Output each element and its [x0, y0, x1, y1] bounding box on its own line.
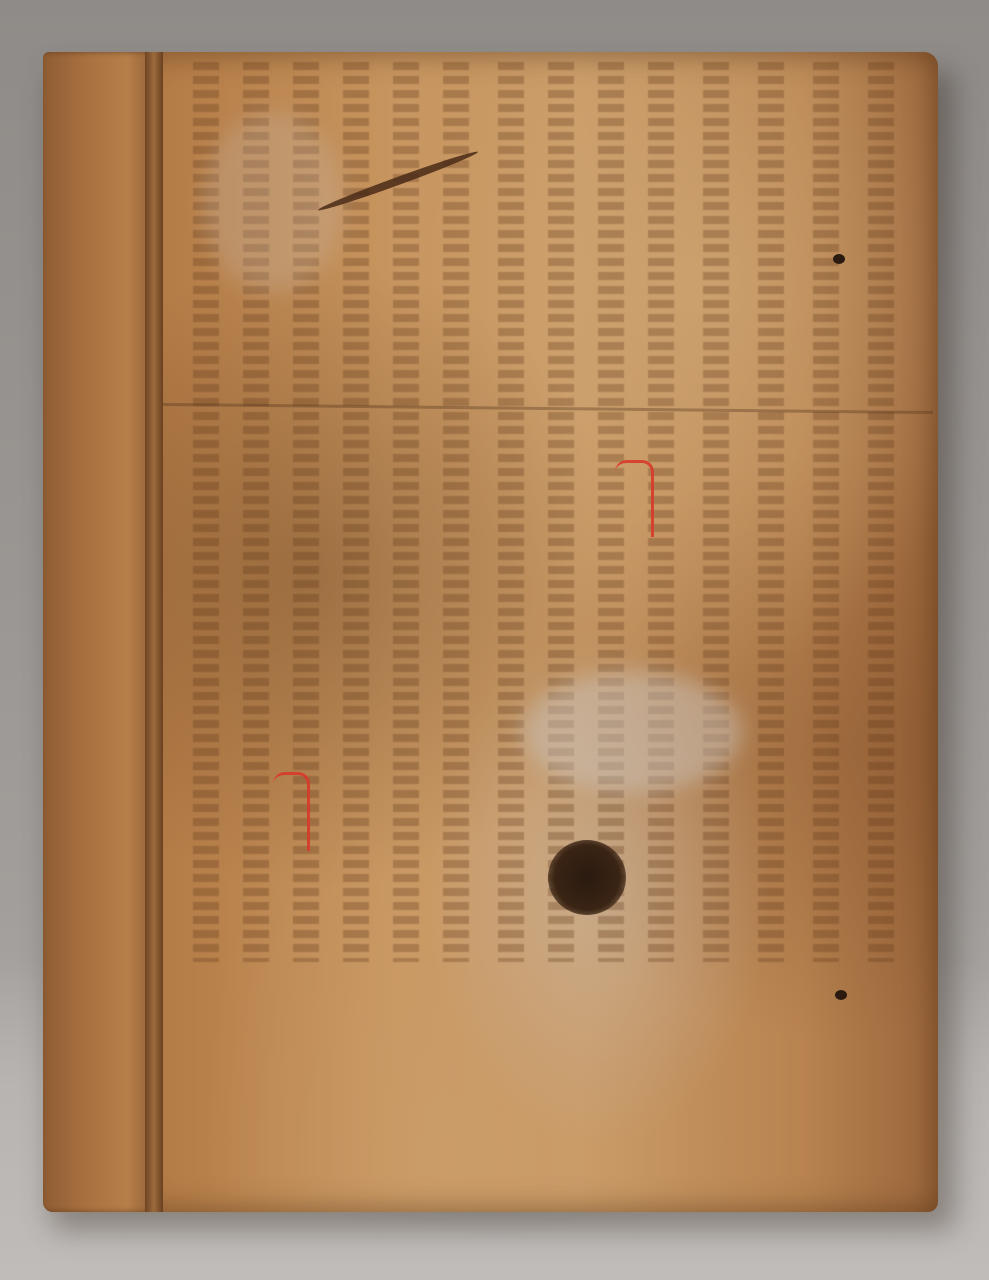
manuscript-column	[868, 62, 894, 962]
manuscript-column	[443, 62, 469, 962]
worm-hole	[833, 254, 845, 264]
rubric-mark	[273, 772, 310, 851]
book-cover	[43, 52, 938, 1212]
manuscript-column	[548, 62, 574, 962]
spine-inscription	[83, 122, 123, 522]
manuscript-column	[703, 62, 729, 962]
manuscript-column	[813, 62, 839, 962]
ink-stain	[548, 840, 626, 915]
manuscript-column	[393, 62, 419, 962]
pale-patch	[203, 112, 343, 292]
pale-patch	[523, 672, 743, 792]
worm-hole	[835, 990, 847, 1000]
manuscript-column	[758, 62, 784, 962]
manuscript-column	[498, 62, 524, 962]
spine-ridge	[145, 52, 163, 1212]
rubric-mark	[615, 460, 654, 537]
